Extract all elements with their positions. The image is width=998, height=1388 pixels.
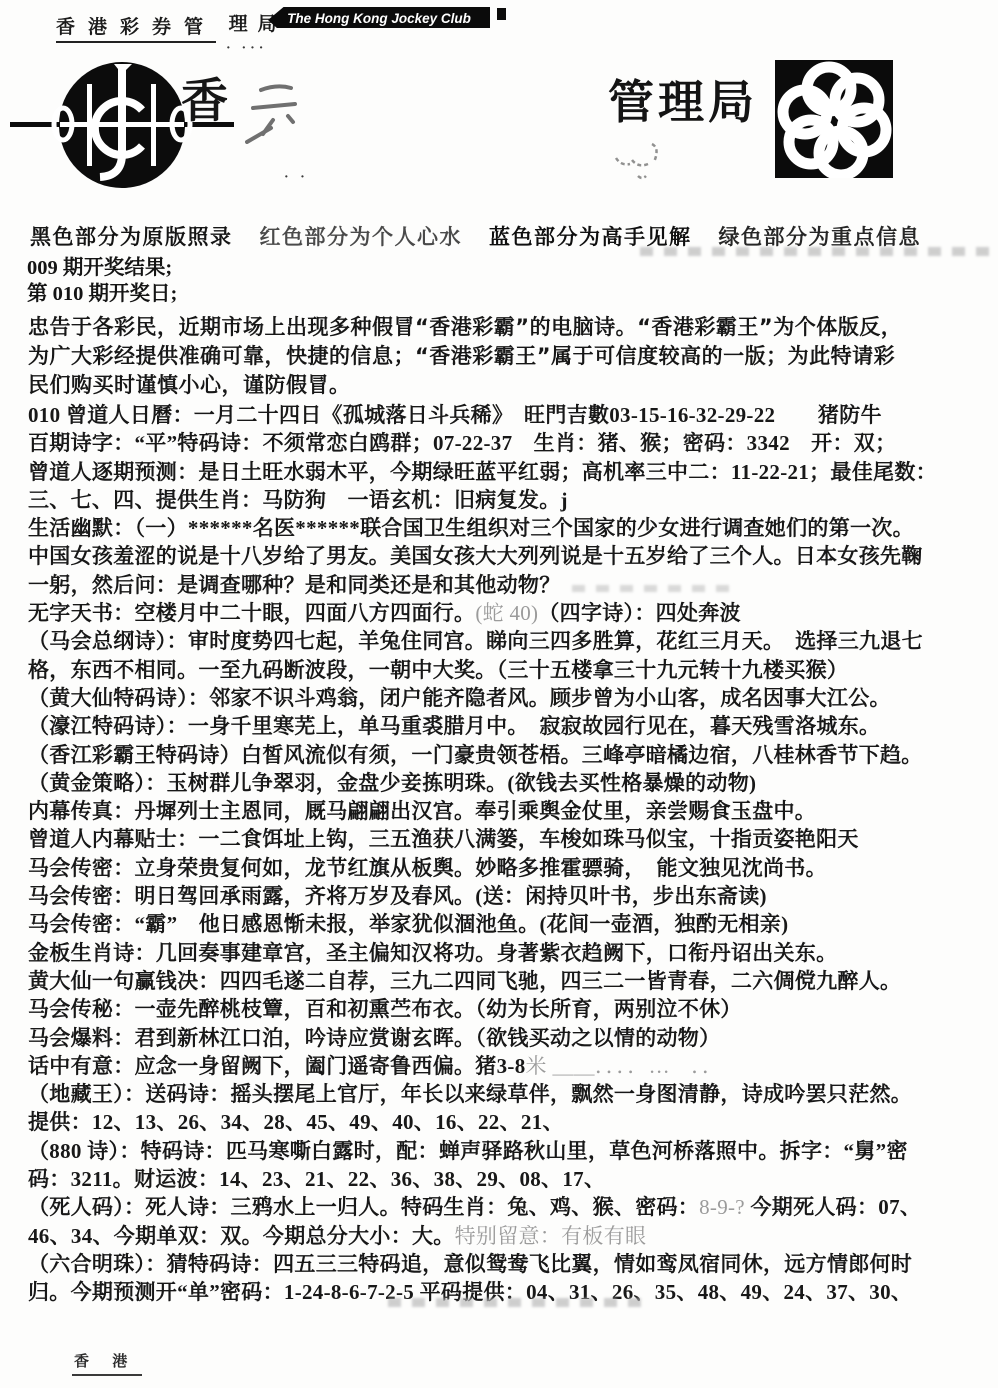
text-line: 曾道人内幕贴士：一二食饵址上钩，三五渔获八满篓，车梭如珠马似宝，十指贡姿艳阳天 (28, 825, 988, 853)
ghost-smudge (640, 247, 992, 256)
text-line: （马会总纲诗）：审时度势四七起，羊兔住同宫。睇向三四多胜算，花红三月天。 选择三… (28, 627, 988, 655)
notice-line: 为广大彩经提供准确可靠，快捷的信息；“香港彩霸王”属于可信度较高的一版；为此特请… (28, 342, 978, 371)
result-line-009: 009 期开奖结果; (27, 256, 177, 282)
text-line: 话中有意：应念一身留阙下，阖门遥寄鲁西偏。猪3-8米 ＿＿．．．．… ．． (28, 1052, 988, 1080)
text-line: 生活幽默：（一）******名医******联合国卫生组织对三个国家的少女进行调… (28, 514, 988, 542)
text-line: （香江彩霸王特码诗）白皙风流似有须，一门豪贵领苍梧。三峰亭暗橘边宿，八桂林香节下… (28, 741, 988, 769)
text-line: （地藏王）：送码诗：摇头摆尾上官厅，年长以来绿草伴，飘然一身图清静，诗成吟罢只茫… (28, 1080, 988, 1108)
text-line: 码：3211。财运波：14、23、21、22、36、38、29、08、17、 (28, 1165, 988, 1193)
text-line: （濠江特码诗）：一身千里寒芜上，单马重裘腊月中。 寂寂故园行见在，暮天残雪洛城东… (28, 712, 988, 740)
text-line: 金板生肖诗：几回奏事建章宫，圣主偏知汉将功。身著紫衣趋阙下，口衔丹诏出关东。 (28, 939, 988, 967)
scanned-lottery-tip-sheet: 香港彩券管 理局 The Hong Kong Jockey Club 香 · ·… (0, 0, 998, 1388)
text-line: （六合明珠）：猜特码诗：四五三三特码追，意似鸳鸯飞比翼，情如鸾凤宿同休，远方情郎… (28, 1250, 988, 1278)
text-line: 内幕传真：丹墀列士主恩同，厩马翩翩出汉宫。奉引乘舆金仗里，亲尝赐食玉盘中。 (28, 797, 988, 825)
text-line: 中国女孩羞涩的说是十八岁给了男友。美国女孩大大列列说是十五岁给了三个人。日本女孩… (28, 542, 988, 570)
text-line: 马会传密：立身荣贵复何如，龙节红旗从板舆。妙略多推霍骠骑， 能文独见沈尚书。 (28, 854, 988, 882)
text-line: （黄金策略）：玉树群儿争翠羽，金盘少妾拣明珠。(欲钱去买性格暴燥的动物) (28, 769, 988, 797)
body-lines: 010 曾道人日曆：一月二十四日《孤城落日斗兵稀》 旺門吉數03-15-16-3… (28, 401, 988, 1307)
notice-line: 民们购买时谨慎小心，谨防假冒。 (28, 371, 978, 400)
text-line: 一躬，然后问：是调查哪种？是和同类还是和其他动物？ (28, 571, 988, 599)
text-line: 马会爆料：君到新林江口泊，吟诗应赏谢玄晖。（欲钱买动之以情的动物） (28, 1024, 988, 1052)
legend-item: 黑色部分为原版照录 (30, 221, 233, 251)
text-line: 46、34、今期单双：双。今期总分大小：大。特别留意：有板有眼 (28, 1222, 988, 1250)
text-line: 马会传密：“霸” 他日感恩惭未报，举家犹似涸池鱼。(花间一壶酒，独酌无相亲) (28, 910, 988, 938)
handwritten-xiang: 香 (181, 64, 228, 131)
faded-character-strokes (233, 76, 323, 154)
text-line: 马会传密：明日驾回承雨露，齐将万岁及春风。(送：闲持贝叶书，步出东斋读) (28, 882, 988, 910)
text-line: （死人码）：死人诗：三鸦水上一归人。特码生肖：兔、鸡、猴、密码：8-9-? 今期… (28, 1193, 988, 1221)
ink-specks: · ··· (226, 41, 267, 57)
text-line: 010 曾道人日曆：一月二十四日《孤城落日斗兵稀》 旺門吉數03-15-16-3… (28, 401, 988, 429)
faint-scribble (612, 136, 676, 184)
ink-specks: · · (284, 170, 309, 186)
page-title-underlined: 香港彩券管 (56, 16, 216, 43)
text-line: 黄大仙一句赢钱决：四四毛遂二自荐，三九二四同飞驰，四三二一皆青春，二六倜傥九醉人… (28, 967, 988, 995)
banner-text: The Hong Kong Jockey Club (287, 11, 471, 26)
page-title: 香港彩券管 理局 (56, 12, 287, 39)
text-line: 提供：12、13、26、34、28、45、49、40、16、22、21、 (28, 1108, 988, 1136)
text-line: 格，东西不相同。一至九码断波段，一朝中大奖。（三十五楼拿三十九元转十九楼买猴） (28, 656, 988, 684)
result-line-010: 第 010 期开奖日; (27, 282, 177, 308)
banner-fragment (497, 8, 506, 20)
interlocked-rings-logo-icon (775, 60, 893, 178)
text-line: 无字天书：空楼月中二十眼，四面八方四面行。(蛇 40)（四字诗）：四处奔波 (28, 599, 988, 627)
notice-line: 忠告于各彩民，近期市场上出现多种假冒“香港彩霸”的电脑诗。“香港彩霸王”为个体版… (28, 313, 978, 342)
text-line: （880 诗）：特码诗：匹马寒嘶白露时，配：蝉声驿路秋山里，草色河桥落照中。拆字… (28, 1137, 988, 1165)
text-line: （黄大仙特码诗）：邻家不识斗鸡翁，闭户能齐隐者风。顾步曾为小山客，成名因事大江公… (28, 684, 988, 712)
legend-item: 红色部分为个人心水 (260, 221, 463, 251)
handwritten-guanliju: 管理局 (608, 66, 758, 132)
draw-results: 009 期开奖结果; 第 010 期开奖日; (27, 256, 177, 307)
ghost-smudge (572, 585, 740, 592)
text-line: 百期诗字：“平”特码诗：不须常恋白鸥群；07-22-37 生肖：猪、猴；密码：3… (28, 429, 988, 457)
footer-mark: 香 港 (72, 1350, 142, 1376)
ghost-smudge (388, 1298, 643, 1307)
text-line: 曾道人逐期预测：是日土旺水弱木平，今期绿旺蓝平红弱；高机率三中二：11-22-2… (28, 458, 988, 486)
jockey-club-banner: The Hong Kong Jockey Club (268, 7, 490, 28)
text-line: 三、七、四、提供生肖：马防狗 一语玄机：旧病复发。j (28, 486, 988, 514)
text-line: 马会传秘：一壶先醉桃枝簟，百和初熏苎布衣。（幼为长所育，两别泣不休） (28, 995, 988, 1023)
counterfeit-warning: 忠告于各彩民，近期市场上出现多种假冒“香港彩霸”的电脑诗。“香港彩霸王”为个体版… (28, 313, 978, 399)
